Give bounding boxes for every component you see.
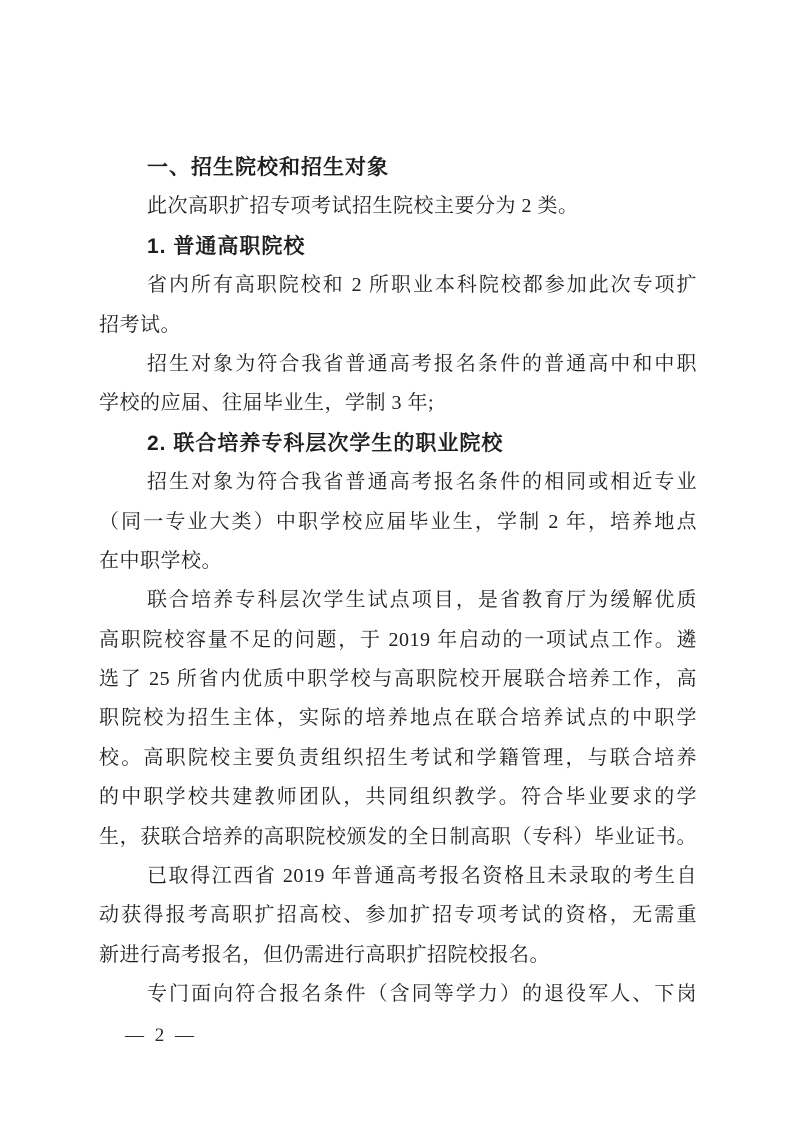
text-line: 高职院校容量不足的问题，于 2019 年启动的一项试点工作。遴 [99, 621, 697, 660]
text-line: 生，获联合培养的高职院校颁发的全日制高职（专科）毕业证书。 [99, 818, 697, 857]
page-number: — 2 — [125, 1024, 197, 1048]
section-heading: 2. 联合培养专科层次学生的职业院校 [99, 424, 697, 463]
text-line: 省内所有高职院校和 2 所职业本科院校都参加此次专项扩 [99, 266, 697, 305]
text-line: 选了 25 所省内优质中职学校与高职院校开展联合培养工作，高 [99, 660, 697, 699]
text-line: （同一专业大类）中职学校应届毕业生，学制 2 年，培养地点 [99, 503, 697, 542]
text-line: 招生对象为符合我省普通高考报名条件的普通高中和中职 [99, 345, 697, 384]
text-line: 校。高职院校主要负责组织招生考试和学籍管理，与联合培养 [99, 739, 697, 778]
section-heading: 一、招生院校和招生对象 [99, 148, 697, 187]
text-line: 在中职学校。 [99, 542, 697, 581]
text-line: 动获得报考高职扩招高校、参加扩招专项考试的资格，无需重 [99, 896, 697, 935]
section-heading: 1. 普通高职院校 [99, 227, 697, 266]
text-line: 联合培养专科层次学生试点项目，是省教育厅为缓解优质 [99, 581, 697, 620]
text-line: 新进行高考报名，但仍需进行高职扩招院校报名。 [99, 936, 697, 975]
text-line: 学校的应届、往届毕业生，学制 3 年; [99, 384, 697, 423]
text-line: 已取得江西省 2019 年普通高考报名资格且未录取的考生自 [99, 857, 697, 896]
text-line: 职院校为招生主体，实际的培养地点在联合培养试点的中职学 [99, 699, 697, 738]
document-page: 一、招生院校和招生对象此次高职扩招专项考试招生院校主要分为 2 类。1. 普通高… [0, 0, 800, 1131]
text-line: 此次高职扩招专项考试招生院校主要分为 2 类。 [99, 187, 697, 226]
text-line: 招生对象为符合我省普通高考报名条件的相同或相近专业 [99, 463, 697, 502]
document-body: 一、招生院校和招生对象此次高职扩招专项考试招生院校主要分为 2 类。1. 普通高… [99, 148, 697, 1015]
text-line: 专门面向符合报名条件（含同等学力）的退役军人、下岗 [99, 975, 697, 1014]
text-line: 的中职学校共建教师团队，共同组织教学。符合毕业要求的学 [99, 778, 697, 817]
text-line: 招考试。 [99, 306, 697, 345]
